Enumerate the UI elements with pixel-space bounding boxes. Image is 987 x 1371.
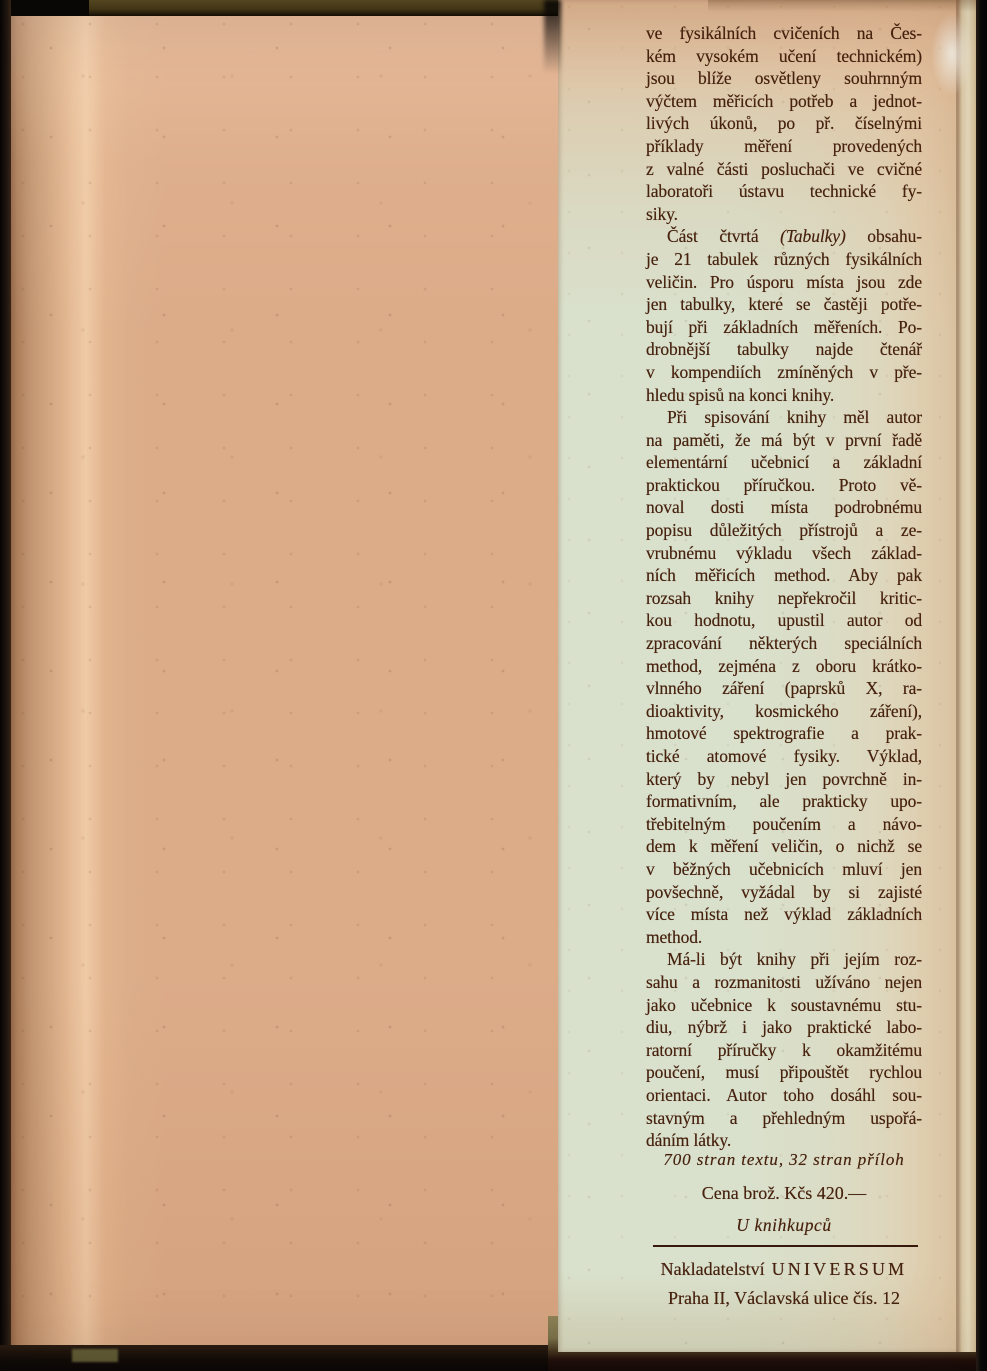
- publisher-label: Nakladatelství: [661, 1259, 765, 1279]
- worn-paper-spot: [931, 12, 973, 96]
- paragraph-last-line: siky.: [646, 203, 922, 226]
- paragraph-body: ve fysikálních cvičeních na Čes- kém vys…: [646, 22, 922, 203]
- italic-title-tabulky: (Tabulky): [780, 226, 846, 246]
- publisher-line: NakladatelstvíUNIVERSUM: [646, 1259, 922, 1280]
- flap-paragraph-2: Část čtvrtá (Tabulky) obsahu- je 21 tabu…: [646, 225, 922, 406]
- paragraph-body: Při spisování knihy měl autor na paměti,…: [646, 406, 922, 926]
- publisher-name: UNIVERSUM: [772, 1259, 908, 1279]
- book-top-edge: [86, 0, 560, 16]
- book-spine-edge: [0, 0, 11, 1371]
- jacket-fold-crease: [956, 0, 978, 1352]
- photo-right-dark-edge: [976, 0, 987, 1371]
- publisher-divider: [653, 1245, 918, 1247]
- dust-jacket-flap: ve fysikálních cvičeních na Čes- kém vys…: [558, 0, 978, 1352]
- flap-paragraph-4: Má-li být knihy při jejím roz- sahu a ro…: [646, 948, 922, 1151]
- flap-top-shadow: [708, 0, 978, 12]
- paragraph-rest: obsahu- je 21 tabulek různých fysikálníc…: [646, 226, 922, 382]
- photo-corner-shadow: [0, 0, 89, 16]
- book-board-inside-cover: [10, 15, 560, 1348]
- bookseller-line: U knihkupců: [646, 1215, 922, 1236]
- flap-edge-shadow: [544, 0, 561, 74]
- flap-text-block: ve fysikálních cvičeních na Čes- kém vys…: [646, 22, 922, 1152]
- flap-paragraph-1: ve fysikálních cvičeních na Čes- kém vys…: [646, 22, 922, 225]
- pages-count-line: 700 stran textu, 32 stran příloh: [646, 1150, 922, 1170]
- paragraph-lead: Část čtvrtá: [667, 226, 780, 246]
- paragraph-body: Část čtvrtá (Tabulky) obsahu- je 21 tabu…: [646, 225, 922, 383]
- price-line: Cena brož. Kčs 420.—: [646, 1183, 922, 1204]
- book-photo: ve fysikálních cvičeních na Čes- kém vys…: [0, 0, 987, 1371]
- flap-paragraph-3: Při spisování knihy měl autor na paměti,…: [646, 406, 922, 948]
- paragraph-last-line: dáním látky.: [646, 1129, 922, 1152]
- paragraph-last-line: hledu spisů na konci knihy.: [646, 384, 922, 407]
- paragraph-body: Má-li být knihy při jejím roz- sahu a ro…: [646, 948, 922, 1129]
- paragraph-last-line: method.: [646, 926, 922, 949]
- bottom-edge-wear: [72, 1349, 118, 1362]
- publisher-address-line: Praha II, Václavská ulice čís. 12: [646, 1288, 922, 1309]
